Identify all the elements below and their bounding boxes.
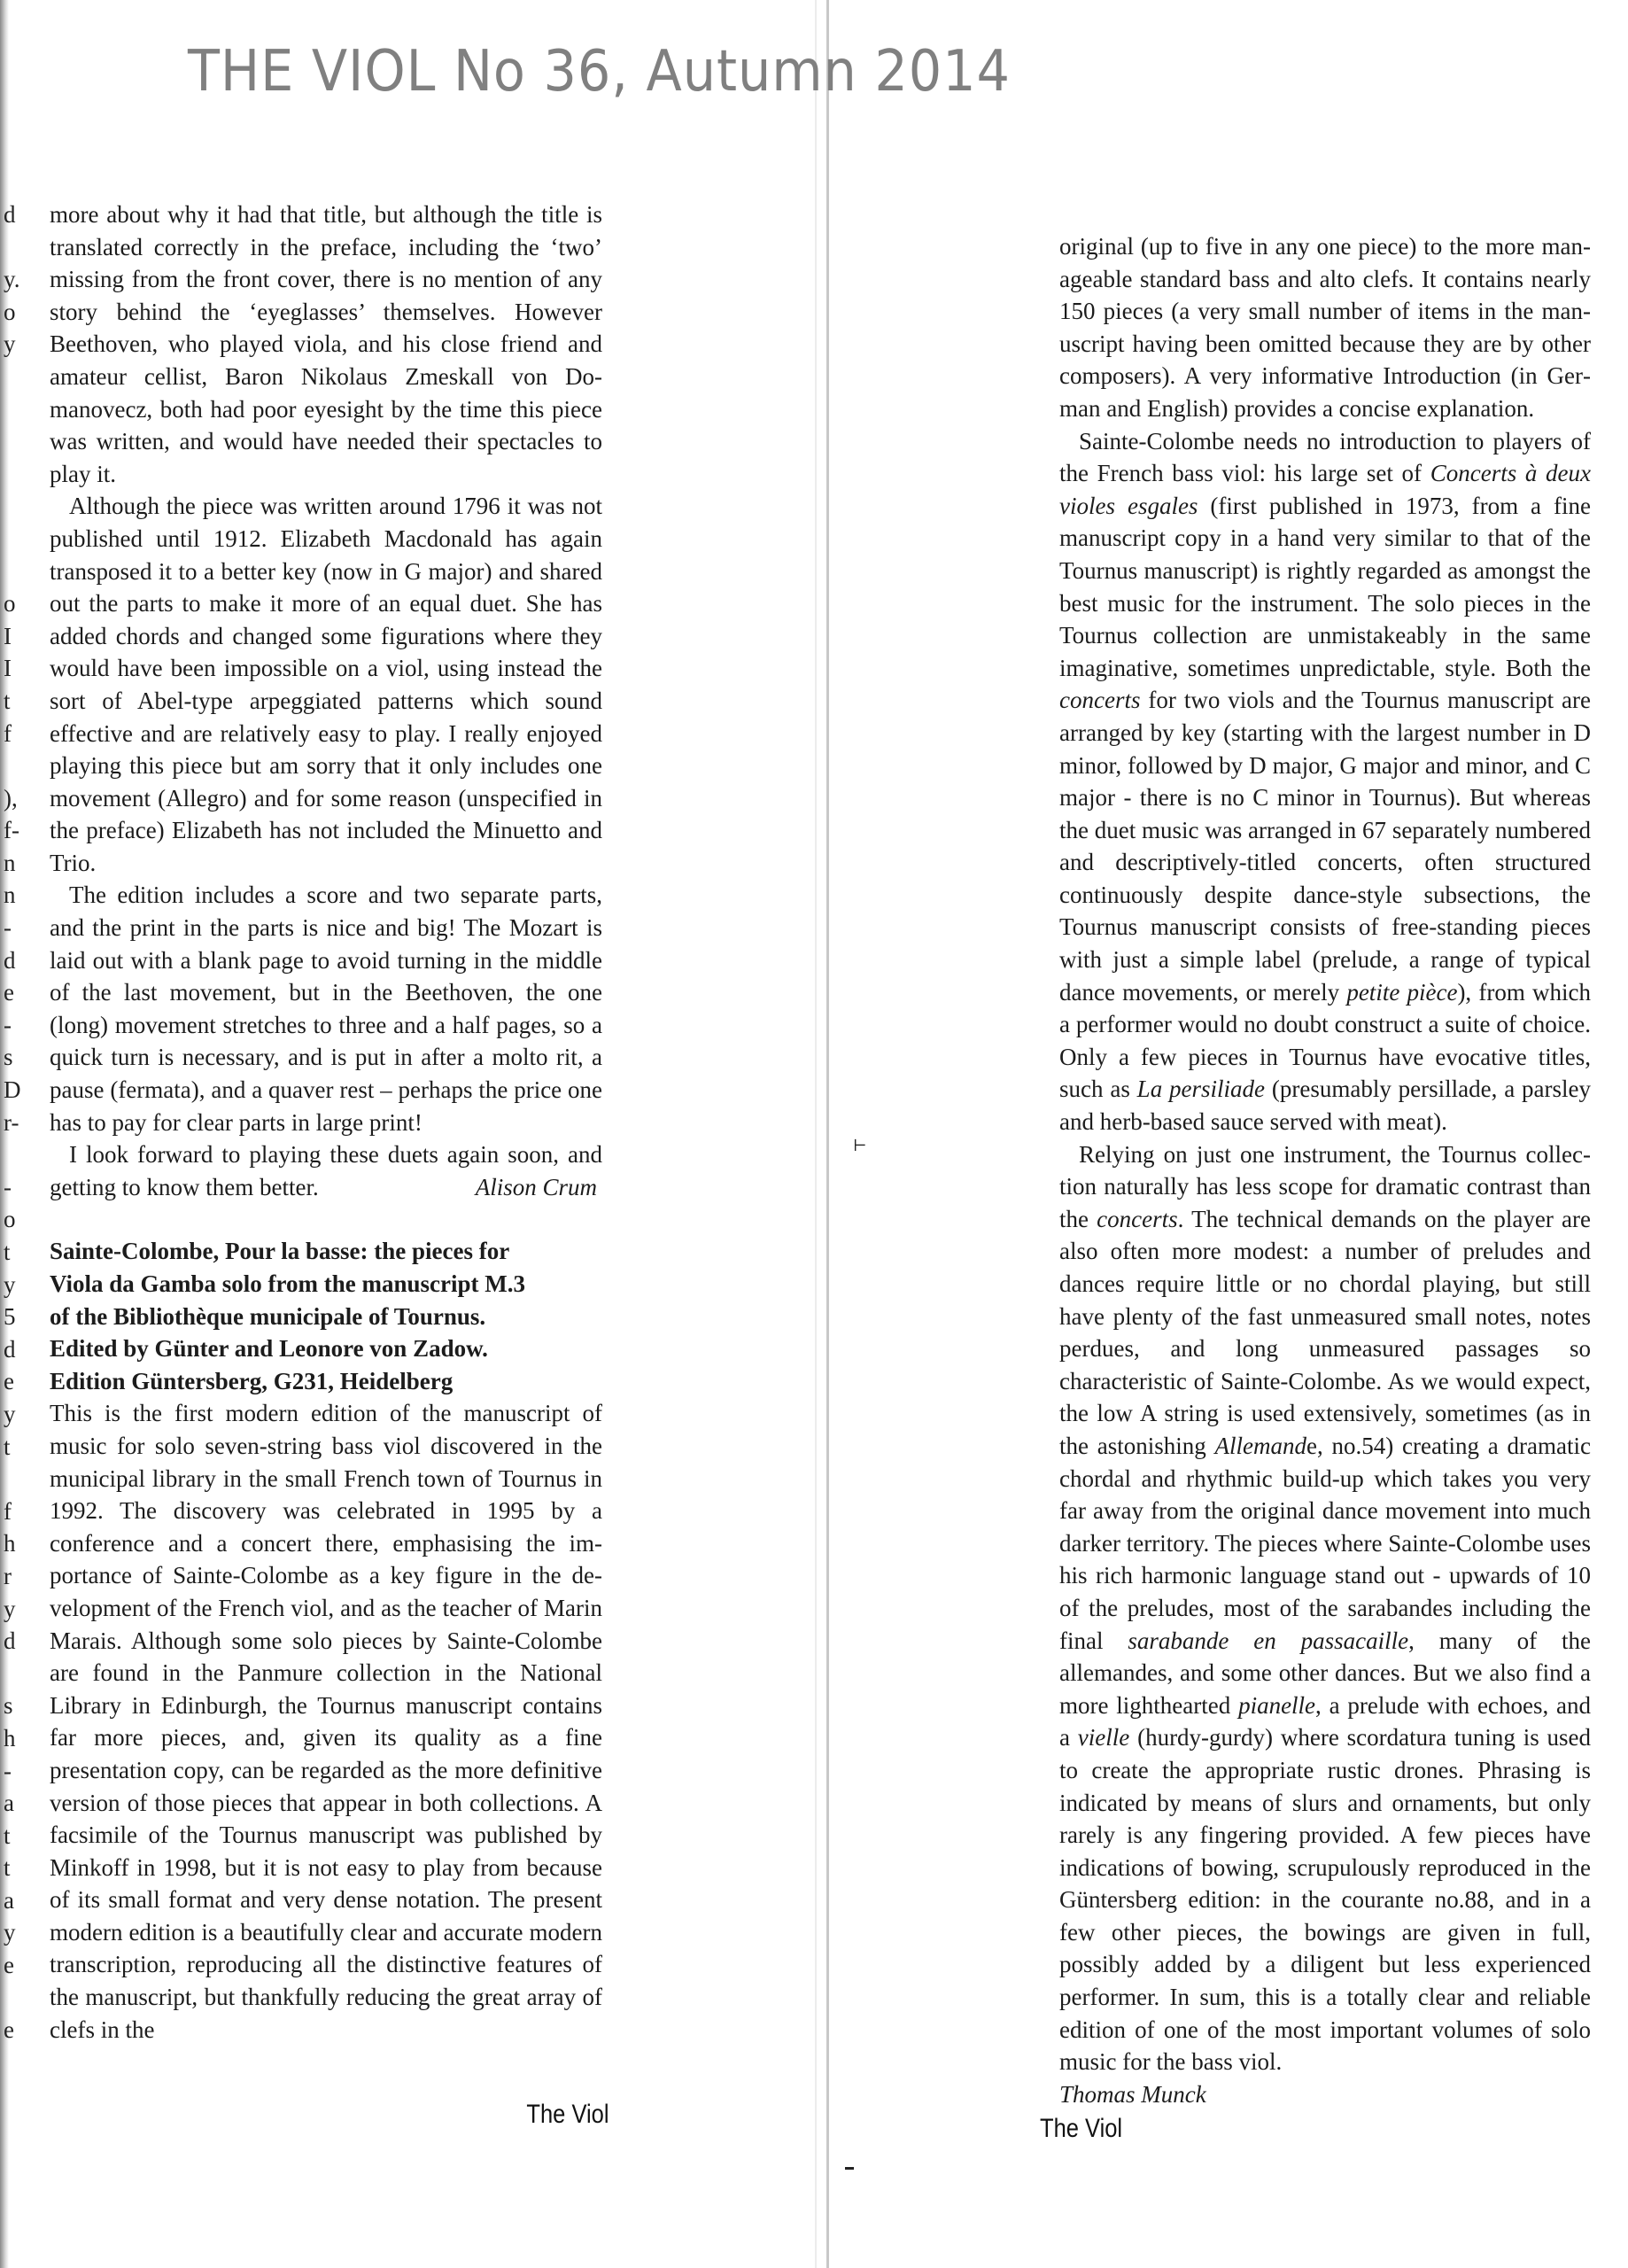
paragraph: original (up to five in any one piece) t…: [1059, 230, 1591, 425]
clipped-fragment: s: [4, 1689, 27, 1722]
clipped-fragment: y: [4, 328, 27, 361]
registration-mark: [845, 2167, 854, 2170]
paragraph: I look forward to playing these duets ag…: [50, 1138, 602, 1203]
clipped-fragment: h: [4, 1722, 27, 1755]
clipped-fragment: [4, 490, 27, 523]
clipped-fragment: e: [4, 1949, 27, 1982]
clipped-fragment: [4, 393, 27, 426]
review-heading-line: Edition Güntersberg, G231, Heidelberg: [50, 1365, 602, 1398]
italic-title: Allemand: [1215, 1433, 1306, 1459]
clipped-fragment: [4, 1658, 27, 1690]
clipped-fragment: f: [4, 1495, 27, 1528]
page-footer-right: The Viol: [1040, 2114, 1122, 2144]
clipped-fragment: -: [4, 1171, 27, 1204]
clipped-fragment: [4, 523, 27, 555]
clipped-fragment: n: [4, 879, 27, 912]
clipped-fragment: 5: [4, 1301, 27, 1333]
gutter-shadow: [815, 0, 817, 2268]
clipped-fragment: y: [4, 1398, 27, 1431]
clipped-fragment: o: [4, 1203, 27, 1236]
page-footer-left: The Viol: [526, 2100, 609, 2130]
text-run: e, no.54) creating a dramatic chordal an…: [1059, 1433, 1591, 1654]
clipped-fragment: [4, 1982, 27, 2015]
clipped-fragment: f-: [4, 814, 27, 847]
clipped-fragment: y.: [4, 263, 27, 296]
clipped-fragment: [4, 1138, 27, 1171]
italic-term: pianelle: [1238, 1692, 1315, 1719]
clipped-fragment: t: [4, 1236, 27, 1269]
clipped-fragment: [4, 425, 27, 458]
text-run: (first published in 1973, from a fine ma…: [1059, 493, 1591, 681]
review-paragraph: This is the first modern edition of the …: [50, 1397, 602, 2046]
italic-term: vielle: [1078, 1724, 1129, 1751]
italic-title: La persiliade: [1137, 1076, 1265, 1102]
clipped-fragment: [4, 555, 27, 588]
review-heading: Sainte-Colombe, Pour la basse: the piece…: [50, 1235, 602, 1397]
clipped-fragment: r: [4, 1560, 27, 1593]
clipped-fragment: e: [4, 976, 27, 1009]
review-heading-line: of the Bibliothèque municipale of Tournu…: [50, 1301, 602, 1333]
paragraph: The edition includes a score and two sep…: [50, 879, 602, 1138]
clipped-fragment: o: [4, 296, 27, 329]
clipped-fragment: d: [4, 1625, 27, 1658]
review-heading-line: Edited by Günter and Leonore von Zadow.: [50, 1332, 602, 1365]
clipped-fragment: t: [4, 1820, 27, 1852]
clipped-fragment: t: [4, 685, 27, 718]
clipped-fragment: o: [4, 587, 27, 620]
clipped-fragment: -: [4, 1755, 27, 1788]
clipped-fragment: e: [4, 1365, 27, 1398]
running-header: THE VIOL No 36, Autumn 2014: [188, 39, 1011, 105]
text-run: . The technical demands on the player ar…: [1059, 1206, 1591, 1459]
paragraph: Although the piece was written around 17…: [50, 490, 602, 879]
clipped-fragment: y: [4, 1593, 27, 1626]
paragraph: Sainte-Colombe needs no introduction to …: [1059, 425, 1591, 1138]
clipped-fragment: ),: [4, 782, 27, 815]
clipped-fragment: [4, 1463, 27, 1495]
review-heading-line: Sainte-Colombe, Pour la basse: the piece…: [50, 1235, 602, 1268]
clipped-fragment: n: [4, 847, 27, 880]
clipped-fragment: a: [4, 1884, 27, 1917]
clipped-fragment: I: [4, 620, 27, 653]
clipped-fragment: [4, 458, 27, 491]
clipped-fragment: h: [4, 1527, 27, 1560]
right-page-column: original (up to five in any one piece) t…: [1059, 230, 1591, 2110]
clipped-fragment: s: [4, 1041, 27, 1074]
clipped-fragment: e: [4, 2014, 27, 2047]
paragraph: more about why it had that title, but al…: [50, 198, 602, 490]
italic-title: sarabande en passacaille: [1128, 1627, 1408, 1654]
clipped-fragment: I: [4, 652, 27, 685]
clipped-fragment: [4, 361, 27, 393]
review-heading-line: Viola da Gamba solo from the manuscript …: [50, 1268, 602, 1301]
clipped-fragment: D: [4, 1074, 27, 1107]
clipped-fragment: -: [4, 1009, 27, 1042]
clipped-fragment: d: [4, 198, 27, 231]
clipped-fragment: d: [4, 944, 27, 977]
clipped-fragment: d: [4, 1333, 27, 1366]
text-run: for two viols and the Tournus manuscript…: [1059, 687, 1591, 1005]
center-fold: [826, 0, 829, 2268]
italic-term: petite pièce: [1346, 979, 1457, 1006]
clipped-fragment: t: [4, 1852, 27, 1884]
clipped-fragment: -: [4, 912, 27, 944]
author-signature: Thomas Munck: [1059, 2078, 1591, 2111]
italic-term: concerts: [1059, 687, 1140, 713]
clipped-fragment: r-: [4, 1107, 27, 1139]
clipped-fragment: [4, 231, 27, 264]
clipped-fragment: y: [4, 1269, 27, 1301]
left-page-column: more about why it had that title, but al…: [50, 198, 602, 2046]
clipped-fragment: t: [4, 1431, 27, 1464]
clipped-fragment: a: [4, 1787, 27, 1820]
clipped-fragment: [4, 750, 27, 782]
clipped-previous-page-text: dy.oyoIItf),f-nn-de-sDr--oty5deytfhrydsh…: [4, 198, 27, 2047]
author-signature: Alison Crum: [456, 1171, 602, 1204]
clipped-fragment: f: [4, 718, 27, 750]
clipped-fragment: y: [4, 1916, 27, 1949]
text-run: (hurdy-gurdy) where scordatura tuning is…: [1059, 1724, 1591, 2075]
paragraph: Relying on just one instrument, the Tour…: [1059, 1138, 1591, 2078]
italic-term: concerts: [1097, 1206, 1177, 1232]
registration-mark: ⊢: [853, 1137, 866, 1155]
